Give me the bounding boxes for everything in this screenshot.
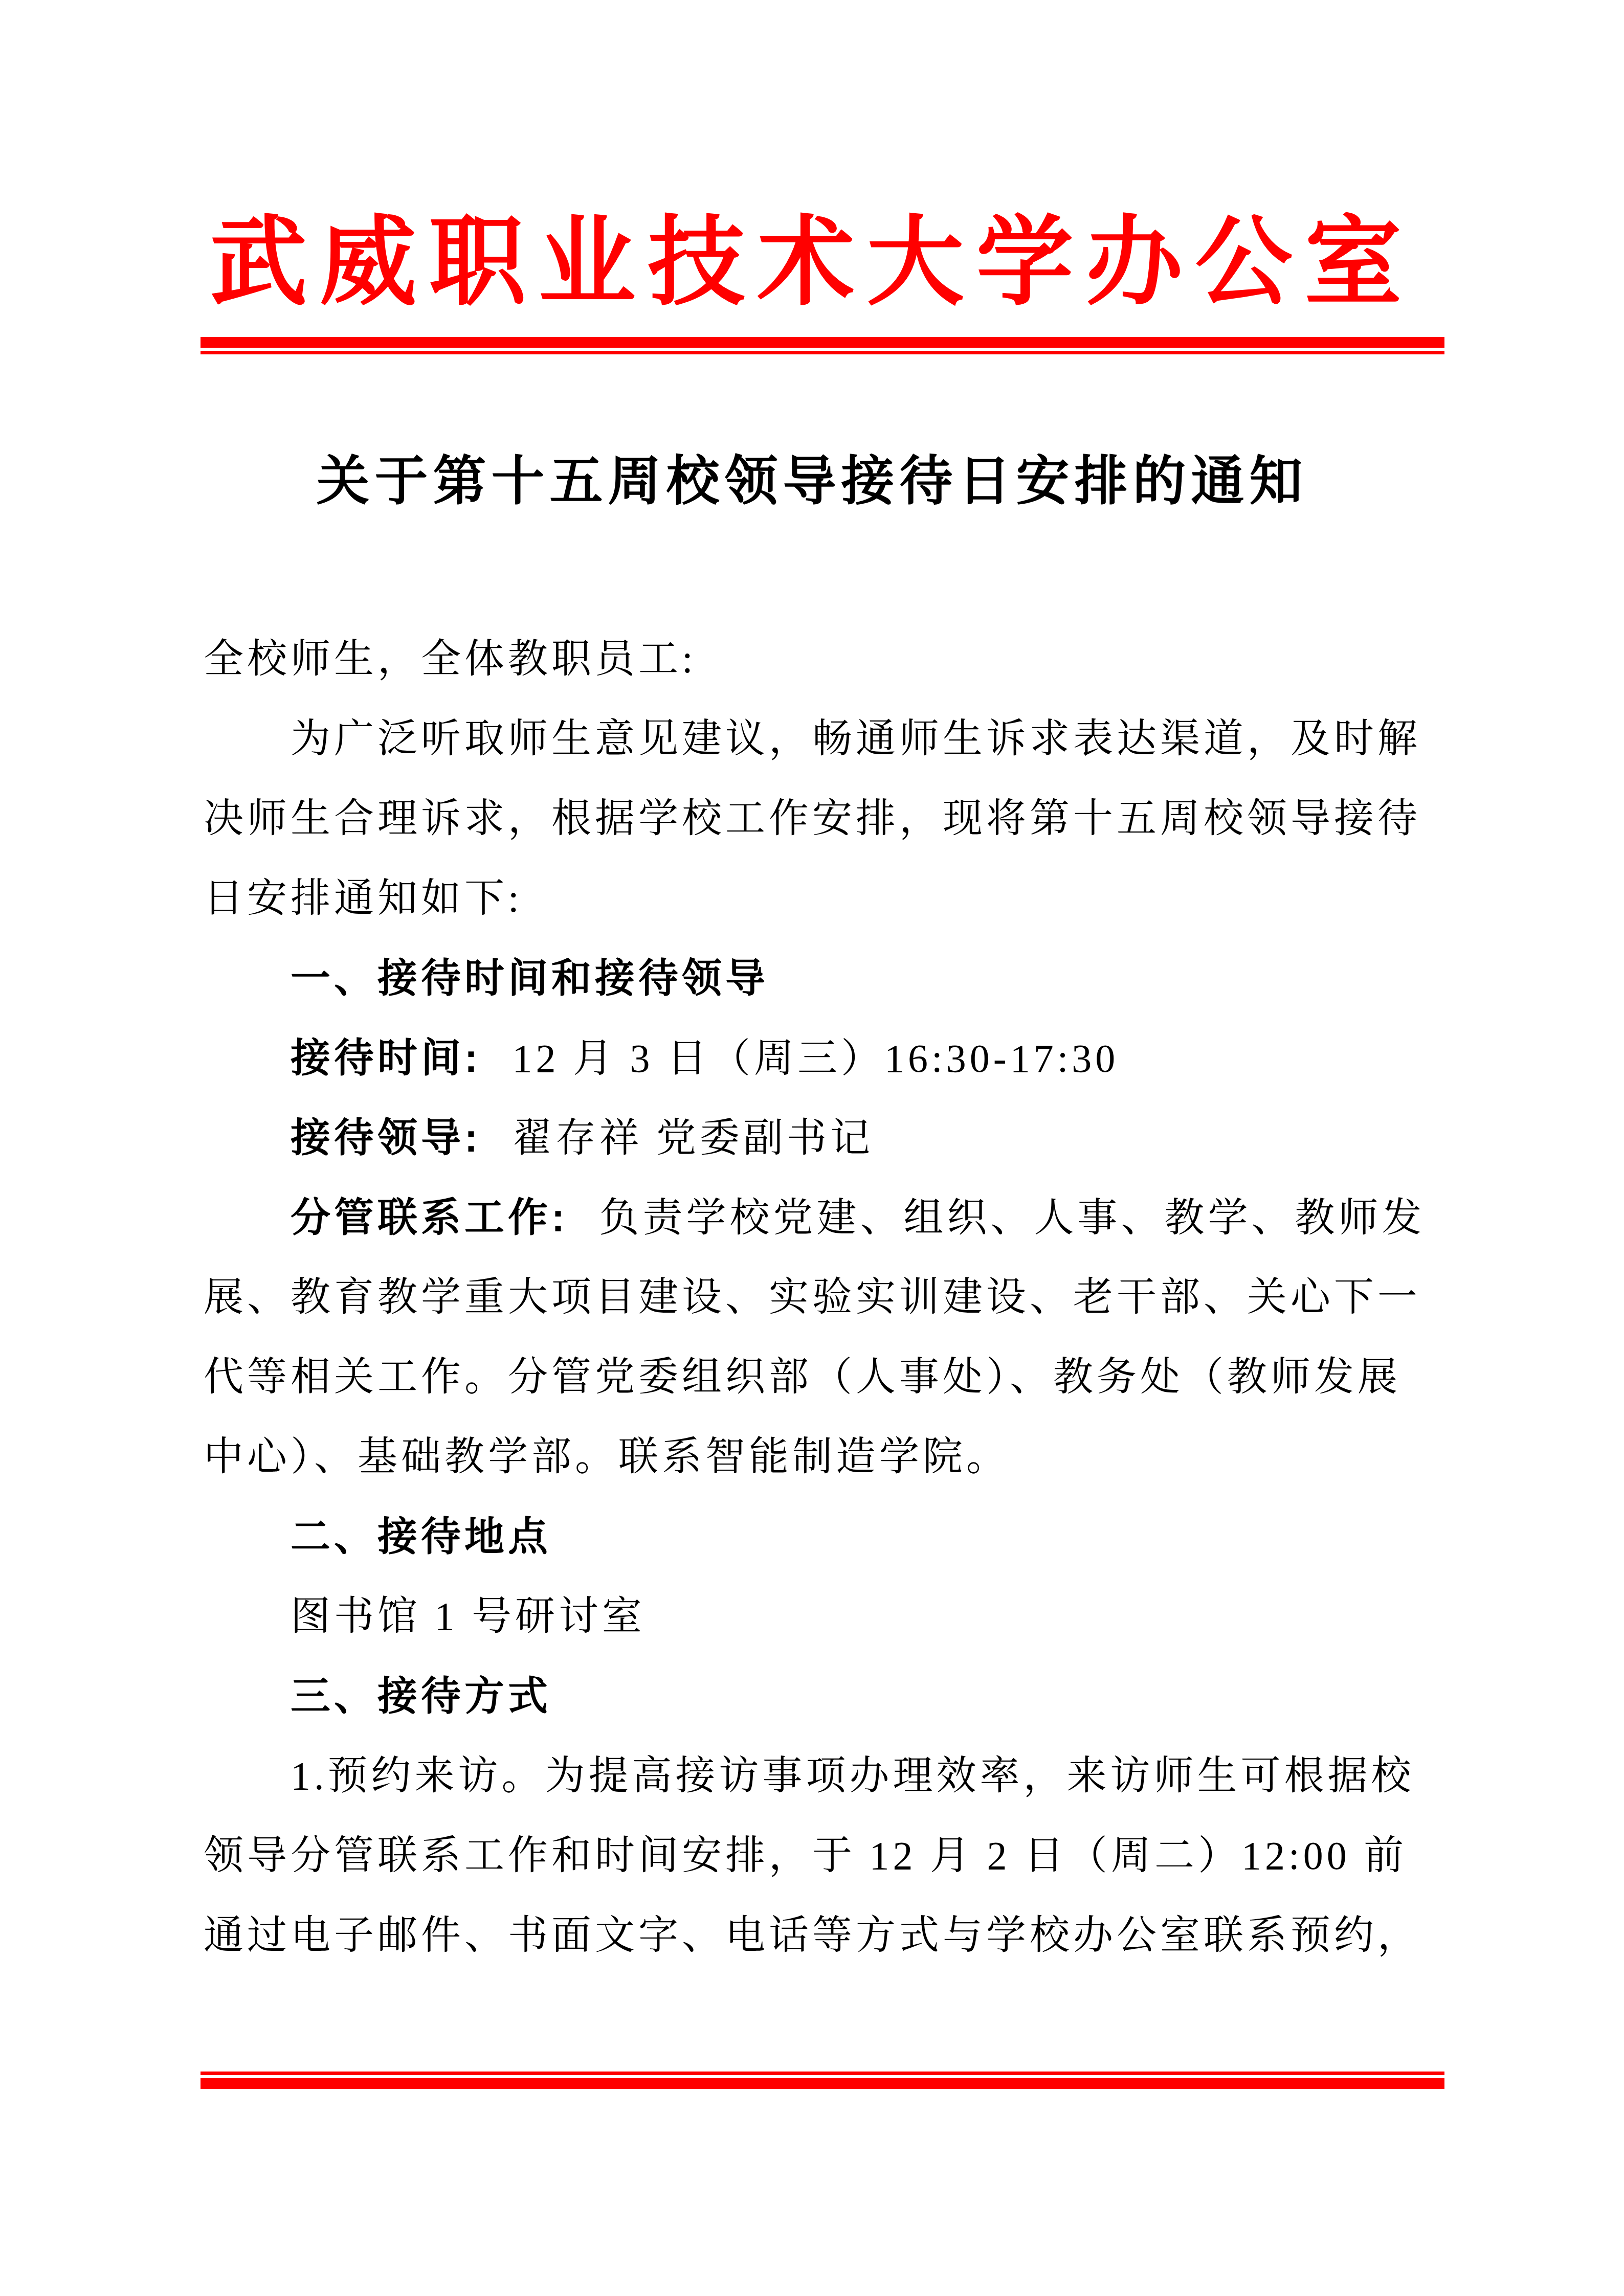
body-line: 领导分管联系工作和时间安排，于 12 月 2 日（周二）12:00 前 [204,1816,1431,1896]
line-text: 负责学校党建、组织、人事、教学、教师发 [599,1196,1425,1240]
line-text: 一、接待时间和接待领导 [291,956,769,1001]
line-text: 三、接待方式 [291,1674,551,1719]
line-label: 分管联系工作: [291,1195,568,1240]
body-line: 通过电子邮件、书面文字、电话等方式与学校办公室联系预约， [204,1896,1431,1975]
body-line: 1.预约来访。为提高接访事项办理效率，来访师生可根据校 [204,1736,1431,1816]
line-label: 接待时间: [291,1036,481,1081]
line-text: 12 月 3 日（周三）16:30-17:30 [512,1036,1119,1081]
line-label: 接待领导: [291,1115,481,1160]
body-line: 接待领导: 翟存祥 党委副书记 [204,1098,1431,1178]
document-page: 武威职业技术大学办公室 关于第十五周校领导接待日安排的通知 全校师生，全体教职员… [0,0,1624,2296]
header-divider [201,337,1444,354]
body-line: 分管联系工作: 负责学校党建、组织、人事、教学、教师发 [204,1178,1431,1257]
body-line: 展、教育教学重大项目建设、实验实训建设、老干部、关心下一 [204,1257,1431,1337]
line-text: 日安排通知如下: [204,876,523,920]
footer-divider-thick-line [201,2078,1444,2089]
body-line: 为广泛听取师生意见建议，畅通师生诉求表达渠道，及时解 [204,699,1431,779]
line-text: 通过电子邮件、书面文字、电话等方式与学校办公室联系预约， [204,1913,1421,1957]
body-line: 中心）、基础教学部。联系智能制造学院。 [204,1417,1431,1497]
line-text: 翟存祥 党委副书记 [512,1116,874,1160]
header-divider-thick-line [201,337,1444,348]
doc-title: 关于第十五周校领导接待日安排的通知 [0,444,1624,521]
line-text: 二、接待地点 [291,1514,551,1559]
body-line: 日安排通知如下: [204,859,1431,938]
body-line: 三、接待方式 [204,1656,1431,1736]
line-text: 中心）、基础教学部。联系智能制造学院。 [204,1434,1010,1479]
body-line: 图书馆 1 号研讨室 [204,1577,1431,1656]
letterhead-org-name: 武威职业技术大学办公室 [0,209,1624,319]
doc-body: 全校师生，全体教职员工: 为广泛听取师生意见建议，畅通师生诉求表达渠道，及时解 … [204,619,1431,1975]
line-text: 1.预约来访。为提高接访事项办理效率，来访师生可根据校 [291,1753,1415,1798]
footer-divider-thin-line [201,2072,1444,2075]
line-text: 展、教育教学重大项目建设、实验实训建设、老干部、关心下一 [204,1275,1421,1319]
body-line: 一、接待时间和接待领导 [204,938,1431,1018]
line-text: 图书馆 1 号研讨室 [291,1594,646,1638]
body-line: 代等相关工作。分管党委组织部（人事处）、教务处（教师发展 [204,1337,1431,1417]
body-line: 接待时间: 12 月 3 日（周三）16:30-17:30 [204,1018,1431,1098]
body-line: 二、接待地点 [204,1497,1431,1577]
line-text: 代等相关工作。分管党委组织部（人事处）、教务处（教师发展 [204,1355,1401,1399]
line-text: 全校师生，全体教职员工: [204,637,697,681]
line-text: 领导分管联系工作和时间安排，于 12 月 2 日（周二）12:00 前 [204,1833,1407,1878]
footer-divider [201,2072,1444,2089]
body-line: 决师生合理诉求，根据学校工作安排，现将第十五周校领导接待 [204,779,1431,859]
header-divider-thin-line [201,351,1444,354]
line-text: 决师生合理诉求，根据学校工作安排，现将第十五周校领导接待 [204,796,1421,841]
body-line: 全校师生，全体教职员工: [204,619,1431,699]
line-text: 为广泛听取师生意见建议，畅通师生诉求表达渠道，及时解 [291,716,1421,761]
